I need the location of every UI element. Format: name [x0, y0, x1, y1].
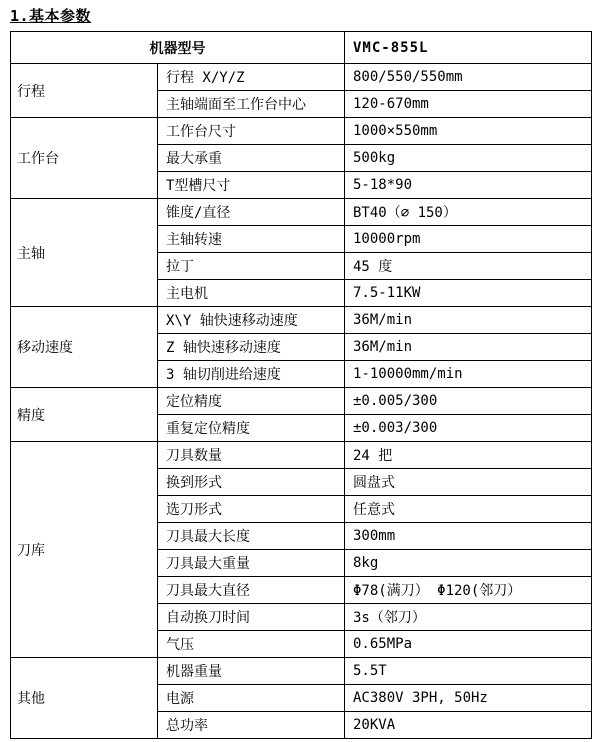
category-cell: 行程	[11, 64, 158, 118]
value-cell: 10000rpm	[345, 226, 592, 253]
table-row: 其他机器重量5.5T	[11, 658, 592, 685]
parameter-cell: 自动换刀时间	[158, 604, 345, 631]
value-cell: 1-10000mm/min	[345, 361, 592, 388]
value-cell: 500kg	[345, 145, 592, 172]
parameter-cell: 换到形式	[158, 469, 345, 496]
spec-table-body: 行程行程 X/Y/Z800/550/550mm主轴端面至工作台中心120-670…	[11, 64, 592, 739]
parameter-cell: 主轴转速	[158, 226, 345, 253]
category-cell: 工作台	[11, 118, 158, 199]
parameter-cell: 刀具最大直径	[158, 577, 345, 604]
value-cell: 5-18*90	[345, 172, 592, 199]
table-row: 行程行程 X/Y/Z800/550/550mm	[11, 64, 592, 91]
parameter-cell: 重复定位精度	[158, 415, 345, 442]
parameter-cell: 总功率	[158, 712, 345, 739]
category-cell: 刀库	[11, 442, 158, 658]
category-cell: 主轴	[11, 199, 158, 307]
parameter-cell: 锥度/直径	[158, 199, 345, 226]
parameter-cell: 3 轴切削进给速度	[158, 361, 345, 388]
parameter-cell: 刀具最大长度	[158, 523, 345, 550]
machine-model-value: VMC-855L	[345, 32, 592, 64]
machine-model-label: 机器型号	[11, 32, 345, 64]
value-cell: 120-670mm	[345, 91, 592, 118]
value-cell: ±0.003/300	[345, 415, 592, 442]
spec-sheet: 1.基本参数 机器型号 VMC-855L 行程行程 X/Y/Z800/550/5…	[0, 0, 608, 739]
value-cell: 7.5-11KW	[345, 280, 592, 307]
parameter-cell: 主轴端面至工作台中心	[158, 91, 345, 118]
value-cell: 20KVA	[345, 712, 592, 739]
value-cell: 5.5T	[345, 658, 592, 685]
table-row: 刀库刀具数量24 把	[11, 442, 592, 469]
value-cell: 800/550/550mm	[345, 64, 592, 91]
value-cell: AC380V 3PH, 50Hz	[345, 685, 592, 712]
value-cell: 24 把	[345, 442, 592, 469]
parameter-cell: 定位精度	[158, 388, 345, 415]
parameter-cell: 电源	[158, 685, 345, 712]
value-cell: 1000×550mm	[345, 118, 592, 145]
parameter-cell: 主电机	[158, 280, 345, 307]
parameter-cell: 拉丁	[158, 253, 345, 280]
table-row: 精度定位精度±0.005/300	[11, 388, 592, 415]
table-row: 移动速度X\Y 轴快速移动速度36M/min	[11, 307, 592, 334]
value-cell: 36M/min	[345, 307, 592, 334]
category-cell: 精度	[11, 388, 158, 442]
value-cell: 任意式	[345, 496, 592, 523]
value-cell: ±0.005/300	[345, 388, 592, 415]
parameter-cell: 最大承重	[158, 145, 345, 172]
value-cell: 36M/min	[345, 334, 592, 361]
value-cell: 8kg	[345, 550, 592, 577]
value-cell: BT40（⌀ 150）	[345, 199, 592, 226]
category-cell: 移动速度	[11, 307, 158, 388]
parameter-cell: 工作台尺寸	[158, 118, 345, 145]
parameter-cell: 刀具最大重量	[158, 550, 345, 577]
section-title: 1.基本参数	[10, 5, 608, 26]
value-cell: 0.65MPa	[345, 631, 592, 658]
spec-table: 机器型号 VMC-855L 行程行程 X/Y/Z800/550/550mm主轴端…	[10, 31, 592, 739]
category-cell: 其他	[11, 658, 158, 739]
parameter-cell: 气压	[158, 631, 345, 658]
value-cell: 45 度	[345, 253, 592, 280]
value-cell: 圆盘式	[345, 469, 592, 496]
value-cell: Φ78(满刀） Φ120(邻刀）	[345, 577, 592, 604]
parameter-cell: T型槽尺寸	[158, 172, 345, 199]
parameter-cell: 机器重量	[158, 658, 345, 685]
parameter-cell: 选刀形式	[158, 496, 345, 523]
parameter-cell: Z 轴快速移动速度	[158, 334, 345, 361]
value-cell: 3s（邻刀）	[345, 604, 592, 631]
parameter-cell: 行程 X/Y/Z	[158, 64, 345, 91]
table-header-row: 机器型号 VMC-855L	[11, 32, 592, 64]
table-row: 主轴锥度/直径BT40（⌀ 150）	[11, 199, 592, 226]
parameter-cell: 刀具数量	[158, 442, 345, 469]
parameter-cell: X\Y 轴快速移动速度	[158, 307, 345, 334]
table-row: 工作台工作台尺寸1000×550mm	[11, 118, 592, 145]
value-cell: 300mm	[345, 523, 592, 550]
